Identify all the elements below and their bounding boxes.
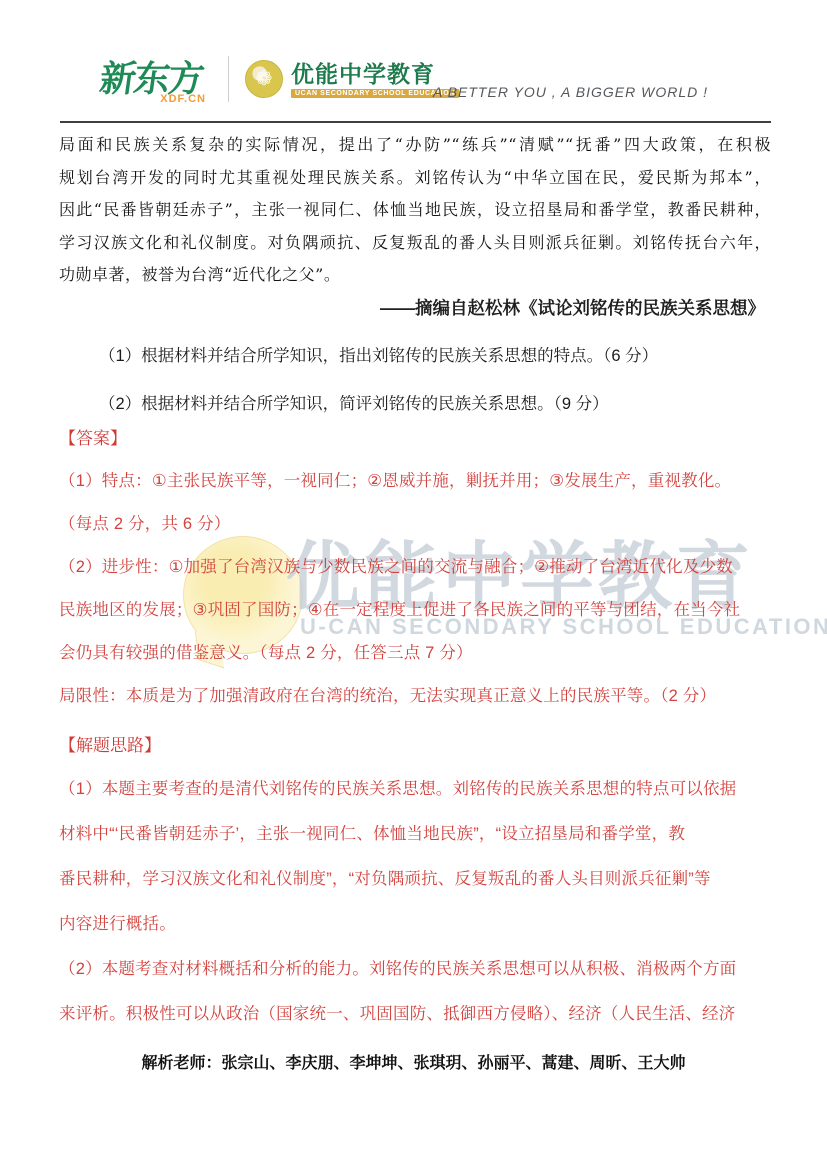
approach-line: （2）本题考查对材料概括和分析的能力。刘铭传的民族关系思想可以从积极、消极两个方… bbox=[59, 956, 773, 982]
logo-separator bbox=[228, 56, 229, 102]
xdf-logo: 新东方 XDF.CN bbox=[100, 59, 208, 99]
answer-line: （1）特点：①主张民族平等，一视同仁；②恩威并施，剿抚并用；③发展生产，重视教化… bbox=[59, 469, 773, 494]
approach-line: 番民耕种，学习汉族文化和礼仪制度”，“对负隅顽抗、反复叛乱的番人头目则派兵征剿”… bbox=[59, 866, 773, 892]
material-line: 局面和民族关系复杂的实际情况，提出了“办防”“练兵”“清赋”“抚番”四大政策，在… bbox=[59, 129, 771, 162]
material-line: 规划台湾开发的同时尤其重视处理民族关系。刘铭传认为“中华立国在民，爱民斯为邦本”… bbox=[59, 162, 771, 195]
answer-line: （2）进步性：①加强了台湾汉族与少数民族之间的交流与融合；②推动了台湾近代化及少… bbox=[59, 555, 773, 580]
question-1: （1）根据材料并结合所学知识，指出刘铭传的民族关系思想的特点。（6 分） bbox=[99, 342, 779, 366]
approach-line: 材料中“‘民番皆朝廷赤子’，主张一视同仁、体恤当地民族”，“设立招垦局和番学堂，… bbox=[59, 821, 773, 847]
approach-section-label: 【解题思路】 bbox=[59, 731, 161, 756]
ucan-logo-text: 优能中学教育 bbox=[291, 61, 459, 87]
approach-line: 来评析。积极性可以从政治（国家统一、巩固国防、抵御西方侵略）、经济（人民生活、经… bbox=[59, 1001, 773, 1027]
answer-line: （每点 2 分，共 6 分） bbox=[59, 512, 773, 537]
answer-line: 局限性：本质是为了加强清政府在台湾的统治，无法实现真正意义上的民族平等。（2 分… bbox=[59, 684, 773, 709]
xdf-logo-domain: XDF.CN bbox=[160, 93, 206, 105]
analysis-teachers-footer: 解析老师：张宗山、李庆朋、李坤坤、张琪玥、孙丽平、蒿建、周昕、王大帅 bbox=[0, 1050, 827, 1073]
header: 新东方 XDF.CN ❁ 优能中学教育 UCAN SECONDARY SCHOO… bbox=[100, 56, 459, 102]
answer-section-label: 【答案】 bbox=[59, 424, 127, 449]
ucan-flower-icon: ❁ bbox=[245, 60, 283, 98]
material-line: 功勋卓著，被誉为台湾“近代化之父”。 bbox=[59, 259, 771, 292]
material-paragraph: 局面和民族关系复杂的实际情况，提出了“办防”“练兵”“清赋”“抚番”四大政策，在… bbox=[59, 129, 771, 292]
approach-line: （1）本题主要考查的是清代刘铭传的民族关系思想。刘铭传的民族关系思想的特点可以依… bbox=[59, 776, 773, 802]
ucan-logo: ❁ 优能中学教育 UCAN SECONDARY SCHOOL EDUCATION bbox=[245, 60, 459, 98]
approach-line: 内容进行概括。 bbox=[59, 911, 773, 937]
header-slogan: A BETTER YOU , A BIGGER WORLD ! bbox=[433, 84, 708, 100]
answer-line: 会仍具有较强的借鉴意义。（每点 2 分，任答三点 7 分） bbox=[59, 641, 773, 666]
material-line: 因此“民番皆朝廷赤子”，主张一视同仁、体恤当地民族，设立招垦局和番学堂，教番民耕… bbox=[59, 194, 771, 227]
material-line: 学习汉族文化和礼仪制度。对负隅顽抗、反复叛乱的番人头目则派兵征剿。刘铭传抚台六年… bbox=[59, 227, 771, 260]
answer-content: （1）特点：①主张民族平等，一视同仁；②恩威并施，剿抚并用；③发展生产，重视教化… bbox=[59, 469, 773, 727]
approach-content: （1）本题主要考查的是清代刘铭传的民族关系思想。刘铭传的民族关系思想的特点可以依… bbox=[59, 776, 773, 1046]
question-2: （2）根据材料并结合所学知识，简评刘铭传的民族关系思想。（9 分） bbox=[99, 390, 779, 414]
material-citation: ——摘编自赵松林《试论刘铭传的民族关系思想》 bbox=[59, 295, 771, 320]
header-divider bbox=[60, 121, 771, 123]
answer-line: 民族地区的发展；③巩固了国防；④在一定程度上促进了各民族之间的平等与团结，在当今… bbox=[59, 598, 773, 623]
